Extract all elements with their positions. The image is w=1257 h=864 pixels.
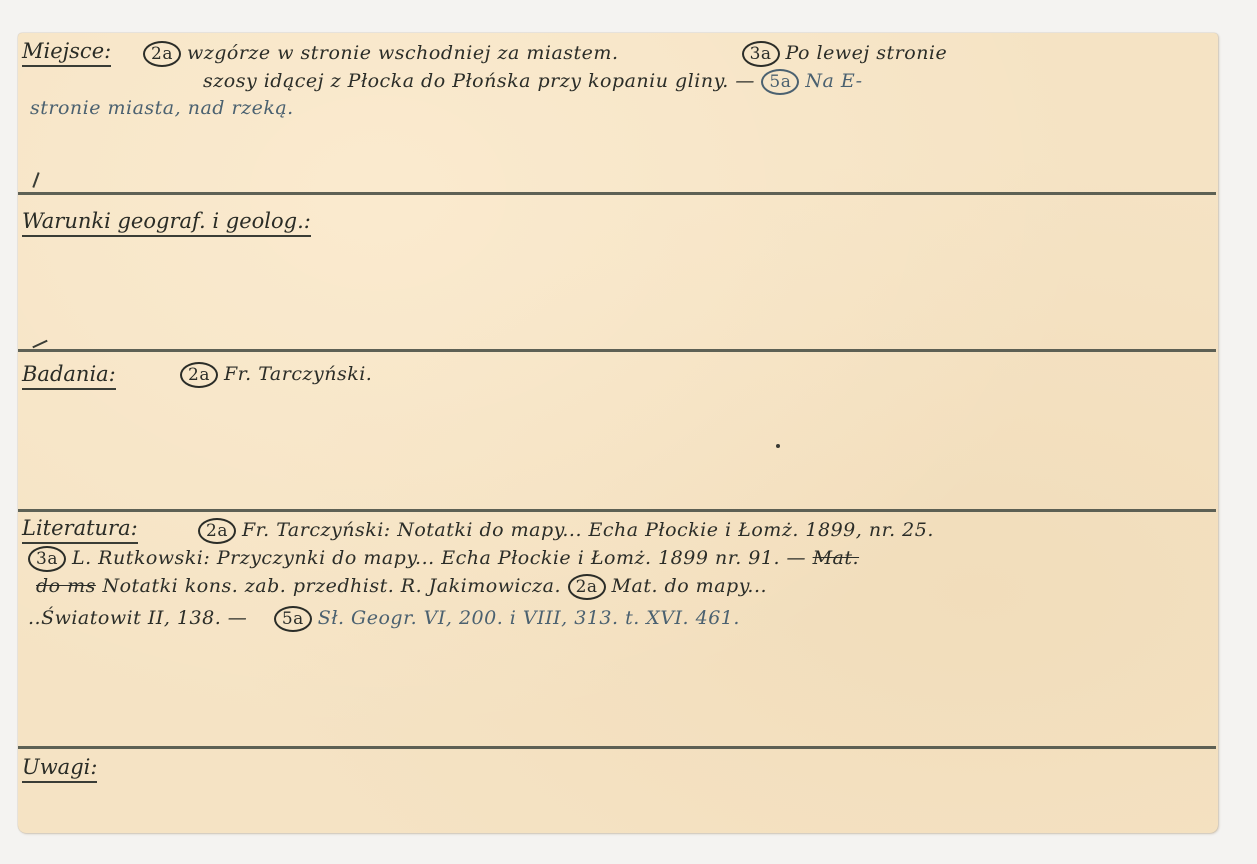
miejsce-line-1: 2awzgórze w stronie wschodniej za miaste… [143, 41, 947, 67]
miejsce-text-1: wzgórze w stronie wschodniej za miastem. [187, 42, 619, 64]
miejsce-text-2: szosy idącej z Płocka do Płońska przy ko… [203, 70, 755, 92]
miejsce-line-3: stronie miasta, nad rzeką. [30, 97, 294, 119]
section-badania: Badania: 2aFr. Tarczyński. [18, 352, 1218, 509]
label-uwagi: Uwagi: [22, 755, 97, 783]
archival-record-card: Miejsce: 2awzgórze w stronie wschodniej … [18, 33, 1218, 833]
literatura-line-4: ..Światowit II, 138. — 5aSł. Geogr. VI, … [28, 606, 740, 632]
label-warunki: Warunki geograf. i geolog.: [22, 209, 311, 237]
section-warunki: Warunki geograf. i geolog.: [18, 195, 1218, 350]
marker-2a: 2a [198, 518, 236, 544]
marker-3a: 3a [28, 546, 66, 572]
marker-5a: 5a [761, 69, 799, 95]
literatura-text-4: ..Światowit II, 138. — [28, 607, 247, 629]
label-badania: Badania: [22, 362, 116, 390]
miejsce-text-3: stronie miasta, nad rzeką. [30, 97, 294, 119]
marker-5a: 5a [274, 606, 312, 632]
badania-text: Fr. Tarczyński. [224, 363, 372, 385]
literatura-text-3b: Mat. do mapy... [612, 575, 767, 597]
ink-dot [776, 444, 780, 448]
label-literatura: Literatura: [22, 516, 138, 544]
pen-mark [32, 172, 39, 188]
struck-text: do ms [36, 575, 96, 597]
section-uwagi: Uwagi: [18, 749, 1218, 833]
literatura-line-3: do ms Notatki kons. zab. przedhist. R. J… [36, 574, 767, 600]
marker-2a: 2a [180, 362, 218, 388]
miejsce-line-2: szosy idącej z Płocka do Płońska przy ko… [203, 69, 863, 95]
marker-2a: 2a [143, 41, 181, 67]
badania-entry: 2aFr. Tarczyński. [180, 362, 372, 388]
marker-3a: 3a [742, 41, 780, 67]
literatura-text-4b: Sł. Geogr. VI, 200. i VIII, 313. t. XVI.… [318, 607, 740, 629]
literatura-line-1: 2aFr. Tarczyński: Notatki do mapy... Ech… [198, 518, 934, 544]
section-literatura: Literatura: 2aFr. Tarczyński: Notatki do… [18, 512, 1218, 746]
literatura-text-3: Notatki kons. zab. przedhist. R. Jakimow… [102, 575, 561, 597]
miejsce-text-2b: Na E- [805, 70, 862, 92]
struck-text: Mat. [813, 547, 859, 569]
miejsce-text-1b: Po lewej stronie [786, 42, 948, 64]
literatura-line-2: 3aL. Rutkowski: Przyczynki do mapy... Ec… [28, 546, 859, 572]
literatura-text-1: Fr. Tarczyński: Notatki do mapy... Echa … [242, 519, 934, 541]
marker-2a: 2a [568, 574, 606, 600]
label-miejsce: Miejsce: [22, 39, 111, 67]
section-miejsce: Miejsce: 2awzgórze w stronie wschodniej … [18, 33, 1218, 193]
literatura-text-2: L. Rutkowski: Przyczynki do mapy... Echa… [72, 547, 806, 569]
